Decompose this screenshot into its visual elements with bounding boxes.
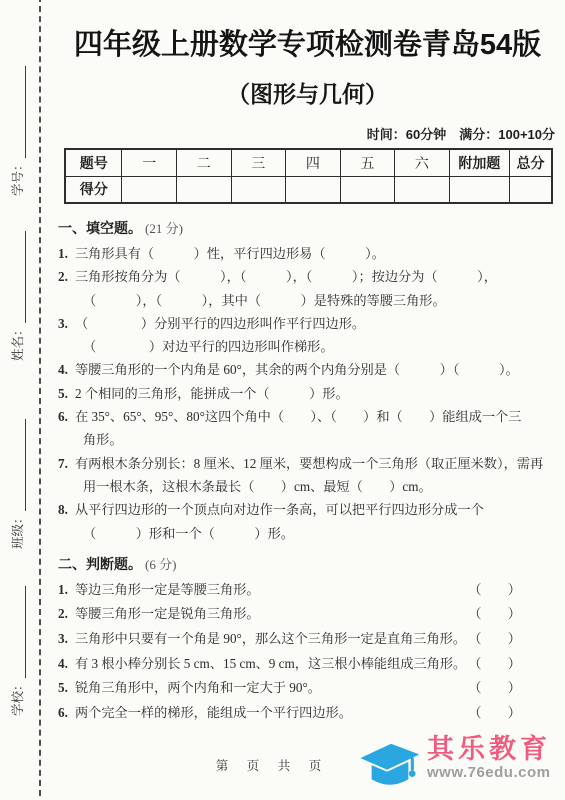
brand-logo: 其乐教育 www.76edu.com — [355, 734, 551, 792]
judgment-2-text: 等腰三角形一定是锐角三角形。 — [75, 606, 260, 621]
judgment-1-number: 1. — [58, 578, 68, 603]
judgment-2: 2.等腰三角形一定是锐角三角形。 （ ） — [58, 602, 557, 627]
judgment-4-answer-blank: （ ） — [468, 652, 521, 677]
judgment-1-answer-blank: （ ） — [468, 578, 521, 603]
paper-content: 四年级上册数学专项检测卷青岛54版 （图形与几何） 时间：60分钟 满分：100… — [58, 0, 557, 725]
question-1: 1.三角形具有（ ）性，平行四边形易（ ）。 — [58, 242, 557, 265]
score-cell — [122, 176, 177, 203]
score-cell — [510, 176, 552, 203]
exam-page: 学号： 姓名： 班级： 学校： 四年级上册数学专项检测卷青岛54版 （图形与几何… — [0, 0, 565, 800]
judgment-6-number: 6. — [58, 701, 68, 726]
school-label: 学校： — [10, 678, 26, 716]
sidebar-field-name: 姓名： — [8, 219, 26, 361]
exam-meta: 时间：60分钟 满分：100+10分 — [58, 124, 557, 143]
page-title: 四年级上册数学专项检测卷青岛54版 — [58, 22, 557, 63]
sidebar-field-class: 班级： — [8, 407, 26, 549]
col-bonus: 附加题 — [449, 149, 509, 176]
score-cell — [177, 176, 232, 203]
judgment-5-number: 5. — [58, 676, 68, 701]
question-7-number: 7. — [58, 452, 68, 475]
question-8: 8.从平行四边形的一个顶点向对边作一条高，可以把平行四边形分成一个 — [58, 498, 557, 521]
judgment-4-text: 有 3 根小棒分别长 5 cm、15 cm、9 cm，这三根小棒能组成三角形。 — [75, 656, 466, 671]
question-6: 6.在 35°、65°、95°、80°这四个角中（ ）、（ ）和（ ）能组成一个… — [58, 405, 557, 428]
fill-in-questions: 1.三角形具有（ ）性，平行四边形易（ ）。 2.三角形按角分为（ ），（ ），… — [58, 242, 557, 545]
judgment-3: 3.三角形中只要有一个角是 90°，那么这个三角形一定是直角三角形。 （ ） — [58, 627, 557, 652]
judgment-6-answer-blank: （ ） — [468, 701, 521, 726]
section-1-title: 一、填空题。 — [58, 220, 142, 236]
judgment-6-text: 两个完全一样的梯形，能组成一个平行四边形。 — [75, 705, 352, 720]
col-total: 总分 — [510, 149, 552, 176]
score-cell — [231, 176, 286, 203]
judgment-5: 5.锐角三角形中，两个内角和一定大于 90°。 （ ） — [58, 676, 557, 701]
judgment-3-answer-blank: （ ） — [468, 627, 521, 652]
score-cell — [395, 176, 450, 203]
brand-name: 其乐教育 — [427, 734, 551, 764]
question-8-text: 从平行四边形的一个顶点向对边作一条高，可以把平行四边形分成一个 — [75, 502, 484, 517]
judgment-3-number: 3. — [58, 627, 68, 652]
score-table-score-row: 得分 — [65, 176, 552, 203]
question-7-text-cont: 用一根木条，这根木条最长（ ）cm、最短（ ）cm。 — [83, 479, 432, 494]
judgment-5-answer-blank: （ ） — [468, 676, 521, 701]
school-blank-line — [13, 586, 26, 678]
sidebar-field-school: 学校： — [8, 574, 26, 716]
judgment-2-answer-blank: （ ） — [468, 602, 521, 627]
score-cell — [340, 176, 395, 203]
section-2-heading: 二、判断题。(6 分) — [58, 554, 557, 576]
brand-url: www.76edu.com — [427, 764, 551, 782]
score-cell — [449, 176, 509, 203]
question-5: 5.2 个相同的三角形，能拼成一个（ ）形。 — [58, 382, 557, 405]
question-3-number: 3. — [58, 312, 68, 335]
col-five: 五 — [340, 149, 395, 176]
brand-text-block: 其乐教育 www.76edu.com — [427, 734, 551, 782]
judgment-4-number: 4. — [58, 652, 68, 677]
question-3-text: （ ）分别平行的四边形叫作平行四边形。 — [75, 316, 365, 331]
question-2-number: 2. — [58, 265, 68, 288]
col-question-no: 题号 — [65, 149, 122, 176]
judgment-questions: 1.等边三角形一定是等腰三角形。 （ ） 2.等腰三角形一定是锐角三角形。 （ … — [58, 578, 557, 726]
judgment-3-text: 三角形中只要有一个角是 90°，那么这个三角形一定是直角三角形。 — [75, 631, 466, 646]
student-id-blank-line — [13, 66, 26, 158]
page-subtitle: （图形与几何） — [58, 76, 557, 109]
question-7: 7.有两根木条分别长：8 厘米、12 厘米，要想构成一个三角形（取正厘米数），需… — [58, 452, 557, 475]
section-2-title: 二、判断题。 — [58, 556, 142, 572]
question-5-text: 2 个相同的三角形，能拼成一个（ ）形。 — [75, 386, 349, 401]
section-1-heading: 一、填空题。(21 分) — [58, 218, 557, 240]
name-label: 姓名： — [10, 323, 26, 361]
score-table: 题号 一 二 三 四 五 六 附加题 总分 得分 — [64, 148, 553, 204]
question-4: 4.等腰三角形的一个内角是 60°，其余的两个内角分别是（ ）（ ）。 — [58, 358, 557, 381]
score-cell — [286, 176, 341, 203]
question-7-text: 有两根木条分别长：8 厘米、12 厘米，要想构成一个三角形（取正厘米数），需再 — [75, 456, 543, 471]
question-5-number: 5. — [58, 382, 68, 405]
page-number-footer: 第 页 共 页 — [160, 756, 380, 774]
score-table-header-row: 题号 一 二 三 四 五 六 附加题 总分 — [65, 149, 552, 176]
question-2-line-2: （ ），（ ），其中（ ）是特殊的等腰三角形。 — [58, 289, 557, 312]
sidebar-field-student-id: 学号： — [8, 54, 26, 196]
score-row-label: 得分 — [65, 176, 122, 203]
question-6-text-cont: 角形。 — [83, 432, 123, 447]
judgment-6: 6.两个完全一样的梯形，能组成一个平行四边形。 （ ） — [58, 701, 557, 726]
question-2: 2.三角形按角分为（ ），（ ），（ ）；按边分为（ ）， — [58, 265, 557, 288]
question-3: 3.（ ）分别平行的四边形叫作平行四边形。 — [58, 312, 557, 335]
col-three: 三 — [231, 149, 286, 176]
col-two: 二 — [177, 149, 232, 176]
class-label: 班级： — [10, 511, 26, 549]
graduation-cap-icon — [355, 734, 425, 792]
name-blank-line — [13, 231, 26, 323]
question-2-text-cont: （ ），（ ），其中（ ）是特殊的等腰三角形。 — [83, 293, 446, 308]
student-id-label: 学号： — [10, 158, 26, 196]
question-3-text-cont: （ ）对边平行的四边形叫作梯形。 — [83, 339, 334, 354]
col-six: 六 — [395, 149, 450, 176]
question-4-text: 等腰三角形的一个内角是 60°，其余的两个内角分别是（ ）（ ）。 — [75, 362, 519, 377]
judgment-4: 4.有 3 根小棒分别长 5 cm、15 cm、9 cm，这三根小棒能组成三角形… — [58, 652, 557, 677]
question-6-number: 6. — [58, 405, 68, 428]
judgment-1-text: 等边三角形一定是等腰三角形。 — [75, 582, 260, 597]
binding-dashed-line — [39, 0, 41, 800]
judgment-5-text: 锐角三角形中，两个内角和一定大于 90°。 — [75, 680, 321, 695]
judgment-2-number: 2. — [58, 602, 68, 627]
question-2-text: 三角形按角分为（ ），（ ），（ ）；按边分为（ ）， — [75, 269, 497, 284]
question-8-line-2: （ ）形和一个（ ）形。 — [58, 522, 557, 545]
col-four: 四 — [286, 149, 341, 176]
question-6-text: 在 35°、65°、95°、80°这四个角中（ ）、（ ）和（ ）能组成一个三 — [75, 409, 521, 424]
question-1-number: 1. — [58, 242, 68, 265]
section-1-score: (21 分) — [145, 221, 183, 236]
judgment-1: 1.等边三角形一定是等腰三角形。 （ ） — [58, 578, 557, 603]
section-2-score: (6 分) — [145, 557, 176, 572]
question-8-text-cont: （ ）形和一个（ ）形。 — [83, 526, 294, 541]
question-6-line-2: 角形。 — [58, 428, 557, 451]
question-3-line-2: （ ）对边平行的四边形叫作梯形。 — [58, 335, 557, 358]
class-blank-line — [13, 419, 26, 511]
question-7-line-2: 用一根木条，这根木条最长（ ）cm、最短（ ）cm。 — [58, 475, 557, 498]
col-one: 一 — [122, 149, 177, 176]
question-4-number: 4. — [58, 358, 68, 381]
question-8-number: 8. — [58, 498, 68, 521]
question-1-text: 三角形具有（ ）性，平行四边形易（ ）。 — [75, 246, 385, 261]
